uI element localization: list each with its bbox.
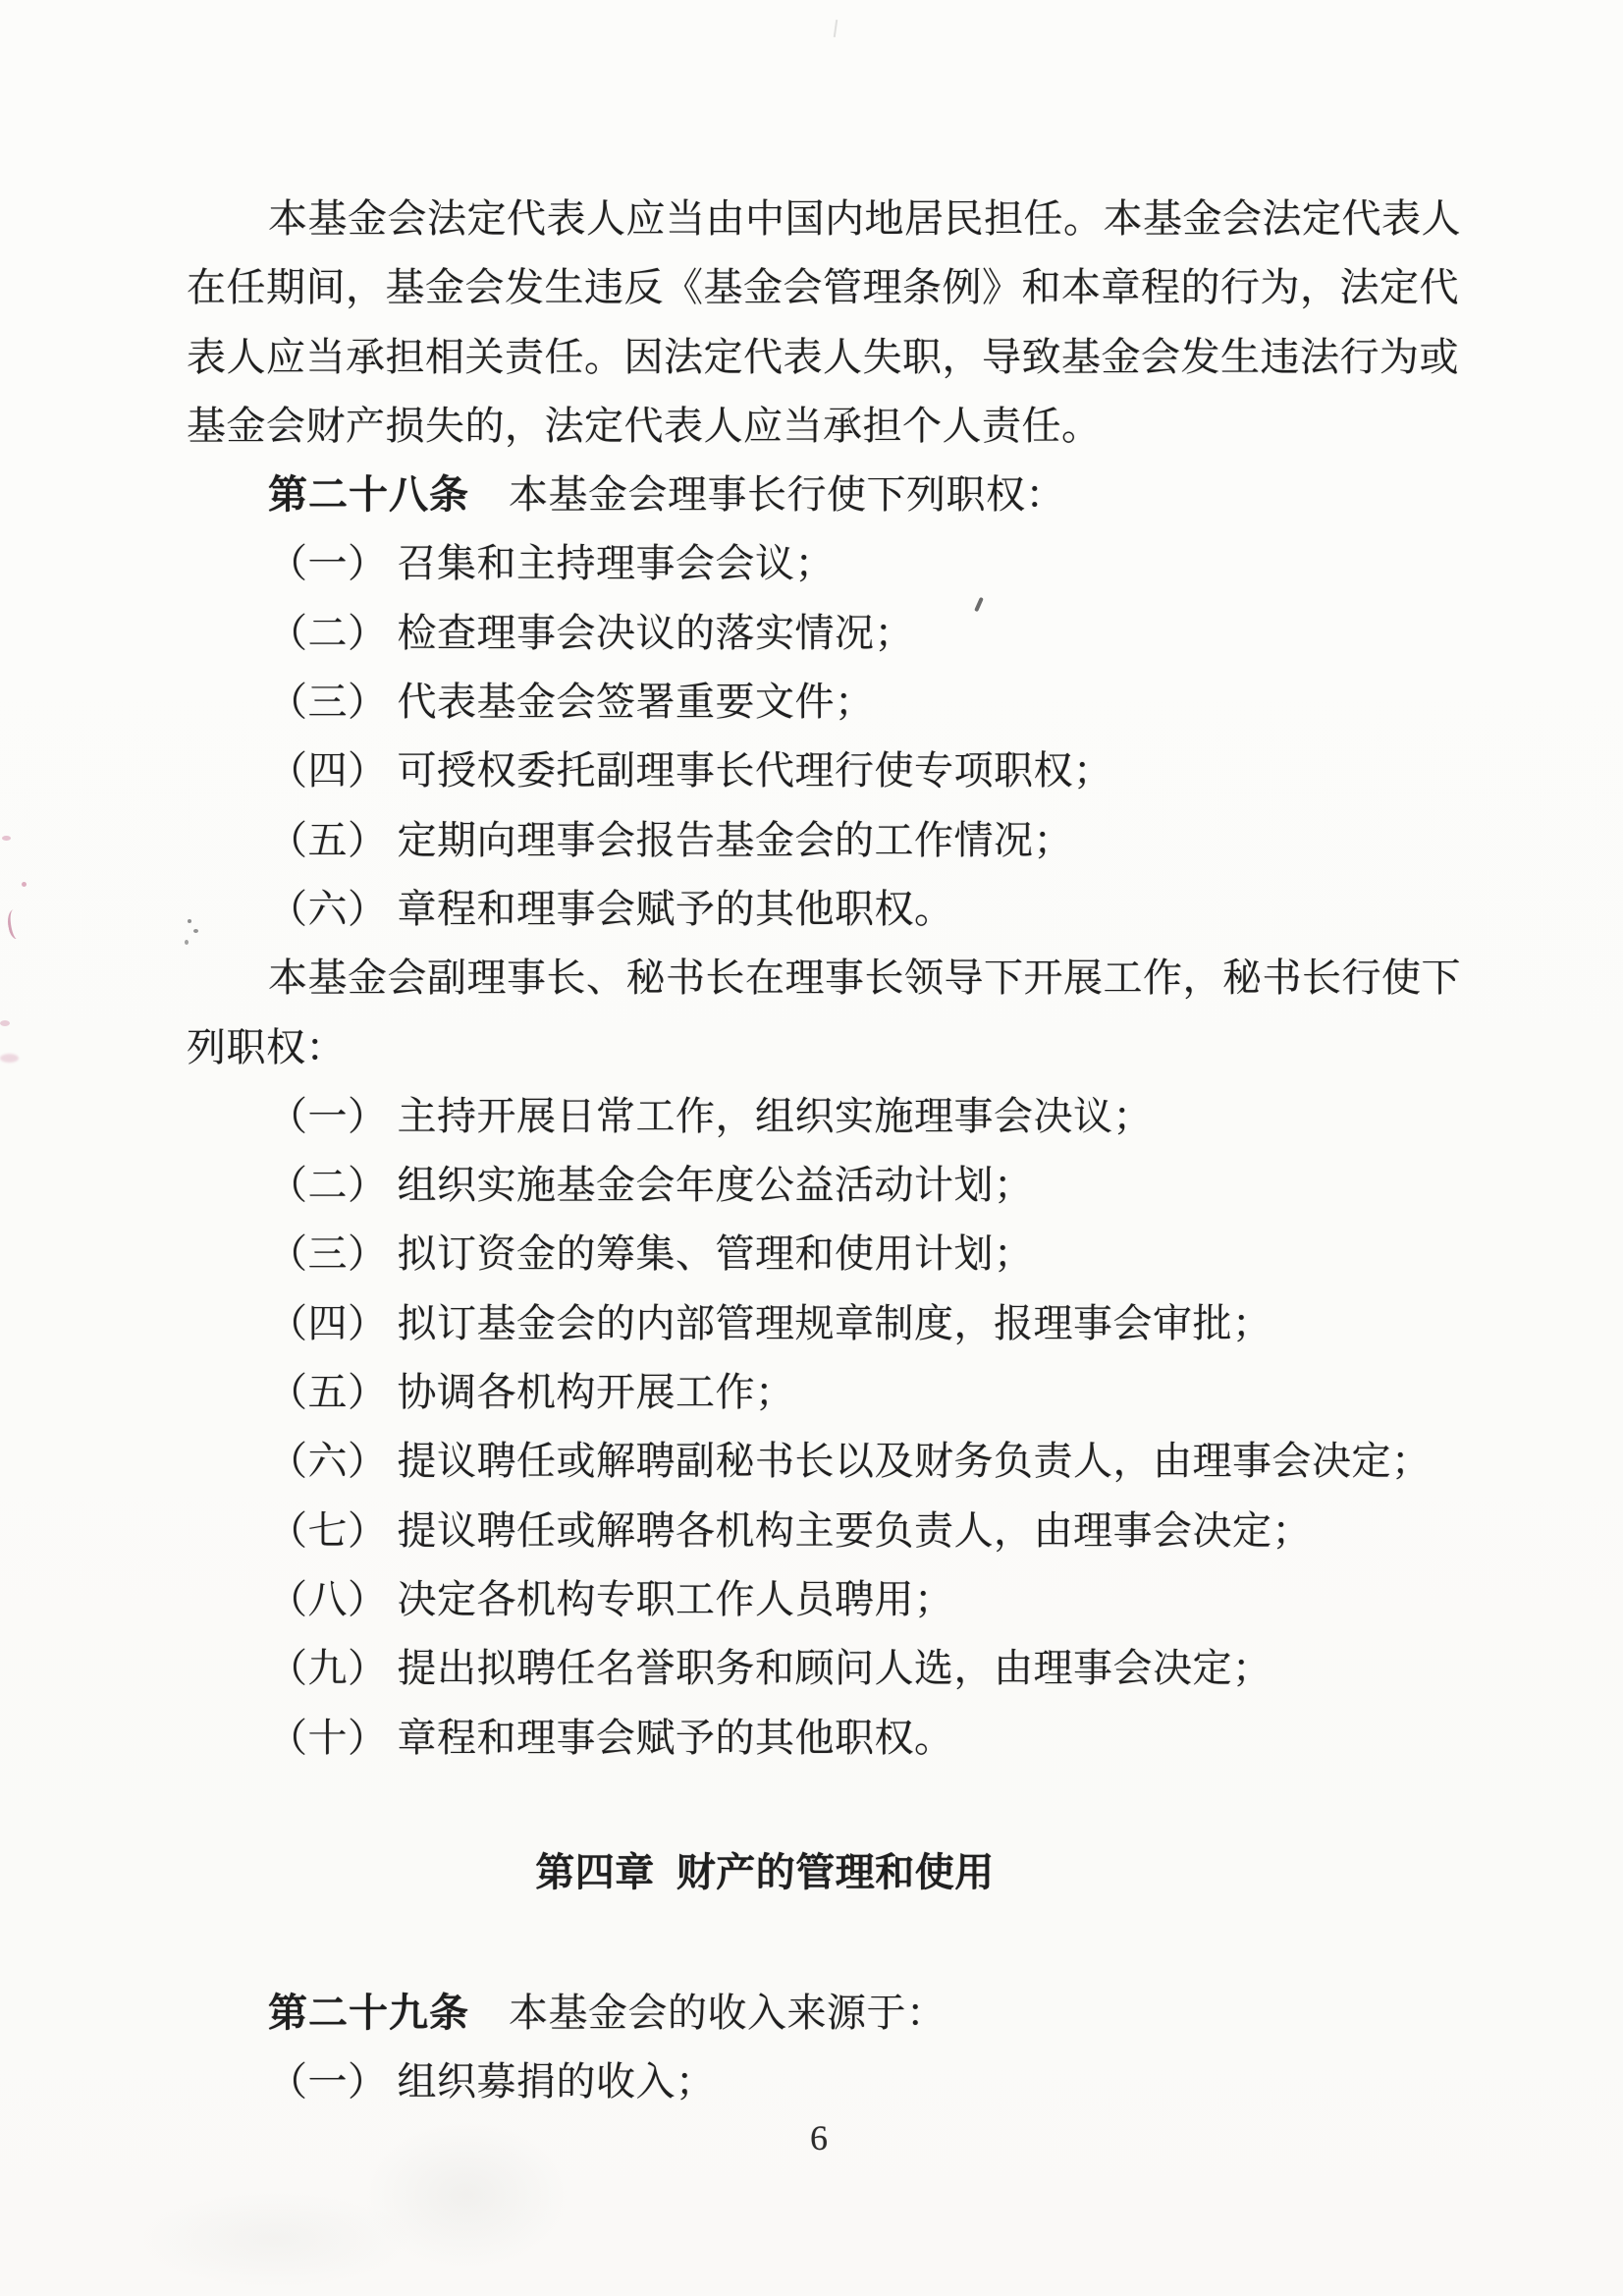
item-text: 章程和理事会赋予的其他职权。 (398, 1716, 954, 1760)
item-text: 检查理事会决议的落实情况； (398, 611, 915, 655)
item-text: 代表基金会签署重要文件； (398, 680, 875, 724)
item-text: 组织实施基金会年度公益活动计划； (398, 1163, 1034, 1207)
article-28-number: 第二十八条 (268, 472, 469, 517)
article-28-heading: 第二十八条本基金会理事长行使下列职权： (187, 461, 1434, 529)
item-number: （三） (268, 1231, 388, 1276)
item-text: 组织募捐的收入； (398, 2059, 716, 2104)
intro-paragraph-line: 基金会财产损失的，法定代表人应当承担个人责任。 (187, 392, 1434, 461)
secretary-paragraph-line: 列职权： (187, 1013, 1434, 1082)
item-number: （十） (268, 1716, 388, 1760)
intro-paragraph-line: 本基金会法定代表人应当由中国内地居民担任。本基金会法定代表人 (187, 185, 1434, 253)
item-text: 协调各机构开展工作； (398, 1370, 795, 1414)
list-item: （二）检查理事会决议的落实情况； (187, 599, 1434, 668)
list-item: （五）定期向理事会报告基金会的工作情况； (187, 806, 1434, 875)
item-number: （一） (268, 1094, 388, 1138)
list-item: （二）组织实施基金会年度公益活动计划； (187, 1151, 1434, 1220)
article-29-intro: 本基金会的收入来源于： (509, 1991, 947, 2035)
item-text: 章程和理事会赋予的其他职权。 (398, 887, 954, 931)
item-number: （四） (268, 1301, 388, 1345)
chapter-number: 第四章 (535, 1850, 655, 1894)
article-29-number: 第二十九条 (268, 1991, 469, 2035)
item-text: 召集和主持理事会会议； (398, 541, 836, 585)
item-text: 主持开展日常工作，组织实施理事会决议； (398, 1094, 1154, 1138)
item-number: （六） (268, 1439, 388, 1483)
item-text: 拟订基金会的内部管理规章制度，报理事会审批； (398, 1301, 1272, 1345)
page-number: 6 (0, 2117, 1623, 2159)
item-number: （四） (268, 748, 388, 793)
list-item: （十）章程和理事会赋予的其他职权。 (187, 1704, 1434, 1773)
list-item: （三）代表基金会签署重要文件； (187, 668, 1434, 737)
item-text: 定期向理事会报告基金会的工作情况； (398, 818, 1074, 862)
list-item: （四）可授权委托副理事长代理行使专项职权； (187, 737, 1434, 805)
list-item: （四）拟订基金会的内部管理规章制度，报理事会审批； (187, 1289, 1434, 1358)
item-text: 决定各机构专职工作人员聘用； (398, 1577, 954, 1621)
secretary-paragraph-line: 本基金会副理事长、秘书长在理事长领导下开展工作，秘书长行使下 (187, 944, 1434, 1012)
list-item: （三）拟订资金的筹集、管理和使用计划； (187, 1220, 1434, 1288)
list-item: （六）章程和理事会赋予的其他职权。 (187, 875, 1434, 944)
item-number: （一） (268, 2059, 388, 2104)
item-number: （一） (268, 541, 388, 585)
chapter-title: 财产的管理和使用 (676, 1850, 995, 1894)
list-item: （六）提议聘任或解聘副秘书长以及财务负责人，由理事会决定； (187, 1427, 1434, 1496)
list-item: （一）组织募捐的收入； (187, 2048, 1434, 2116)
item-number: （五） (268, 1370, 388, 1414)
list-item: （七）提议聘任或解聘各机构主要负责人，由理事会决定； (187, 1497, 1434, 1565)
list-item: （一）召集和主持理事会会议； (187, 529, 1434, 598)
item-number: （三） (268, 680, 388, 724)
item-text: 提议聘任或解聘副秘书长以及财务负责人，由理事会决定； (398, 1439, 1432, 1483)
list-item: （九）提出拟聘任名誉职务和顾问人选，由理事会决定； (187, 1634, 1434, 1703)
item-text: 提出拟聘任名誉职务和顾问人选，由理事会决定； (398, 1646, 1272, 1690)
item-number: （七） (268, 1508, 388, 1553)
item-text: 可授权委托副理事长代理行使专项职权； (398, 748, 1113, 793)
intro-paragraph-line: 在任期间，基金会发生违反《基金会管理条例》和本章程的行为，法定代 (187, 253, 1434, 322)
item-text: 拟订资金的筹集、管理和使用计划； (398, 1231, 1034, 1276)
item-number: （八） (268, 1577, 388, 1621)
list-item: （八）决定各机构专职工作人员聘用； (187, 1565, 1434, 1634)
article-29-heading: 第二十九条本基金会的收入来源于： (187, 1979, 1434, 2048)
item-number: （九） (268, 1646, 388, 1690)
item-number: （二） (268, 1163, 388, 1207)
list-item: （一）主持开展日常工作，组织实施理事会决议； (187, 1082, 1434, 1151)
item-number: （五） (268, 818, 388, 862)
list-item: （五）协调各机构开展工作； (187, 1358, 1434, 1427)
intro-paragraph-line: 表人应当承担相关责任。因法定代表人失职，导致基金会发生违法行为或 (187, 323, 1434, 392)
document-body: 本基金会法定代表人应当由中国内地居民担任。本基金会法定代表人 在任期间，基金会发… (187, 185, 1434, 2117)
chapter-heading: 第四章财产的管理和使用 (187, 1838, 1434, 1907)
item-text: 提议聘任或解聘各机构主要负责人，由理事会决定； (398, 1508, 1313, 1553)
article-28-intro: 本基金会理事长行使下列职权： (509, 472, 1065, 517)
item-number: （二） (268, 611, 388, 655)
item-number: （六） (268, 887, 388, 931)
